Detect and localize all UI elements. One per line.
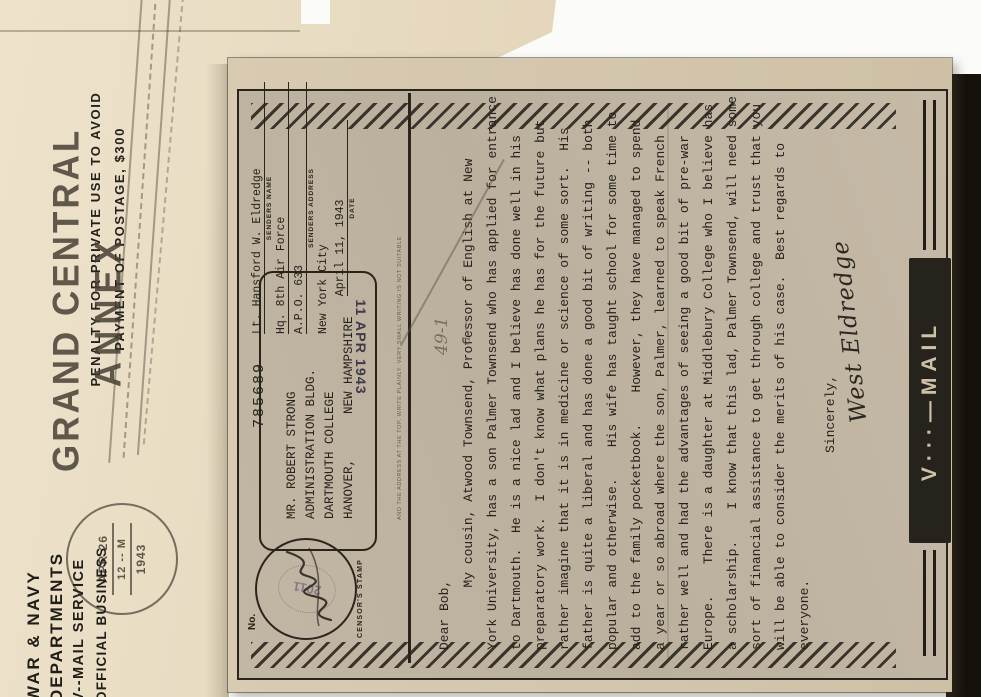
body-line: preparatory work. I don't know what plan… bbox=[529, 96, 553, 650]
datestamp-bar bbox=[112, 523, 114, 595]
corner-card-line: WAR & NAVY bbox=[22, 447, 45, 697]
sender-name-label: SENDERS NAME bbox=[266, 82, 273, 334]
vmail-logo-text: V···—MAIL bbox=[918, 320, 942, 481]
sender-address-line3: New York City bbox=[317, 82, 330, 334]
letter-closing: Sincerely, bbox=[823, 375, 838, 453]
postmark-office-name: GRAND CENTRAL ANNEX bbox=[46, 150, 157, 472]
scanned-vmail-document: PENALTY FOR PRIVATE USE TO AVOID PAYMENT… bbox=[0, 0, 981, 697]
body-line: father is quite a liberal and has done a… bbox=[577, 96, 601, 650]
sender-address-line2: A.P.O. 633 bbox=[293, 82, 307, 334]
sender-address-label: SENDERS ADDRESS bbox=[308, 82, 315, 334]
body-line: popular and otherwise. His wife has taug… bbox=[601, 96, 625, 650]
envelope-crease bbox=[0, 30, 300, 32]
body-line: everyone. bbox=[793, 96, 817, 650]
vmail-logo-box: V···—MAIL bbox=[909, 258, 951, 543]
corner-card-line: DEPARTMENTS bbox=[45, 447, 68, 697]
body-line: a scholarship. I know that this lad, Pal… bbox=[721, 96, 745, 650]
body-line: sort of financial assistance to get thro… bbox=[745, 96, 769, 650]
censor-stamp-circle: 2011 bbox=[255, 538, 357, 640]
form-instruction-text: AND THE ADDRESS AT THE TOP. WRITE PLAINL… bbox=[397, 118, 403, 638]
recipient-address: MR. ROBERT STRONGADMINISTRATION BLDG.DAR… bbox=[283, 316, 359, 519]
body-line: a year or so abroad where the son, Palme… bbox=[649, 96, 673, 650]
letter-body: Dear Bob, My cousin, Atwood Townsend, Pr… bbox=[433, 96, 817, 650]
datestamp-time: 12 -- M bbox=[116, 505, 128, 613]
datestamp-month-day: APR 26 bbox=[96, 505, 110, 613]
sender-block: Lt. Hansford W. Eldredge SENDERS NAME Hq… bbox=[251, 82, 358, 334]
date-label: DATE bbox=[349, 82, 356, 334]
vmail-form: No. 785689 2011 CENSOR'S STAMP MR. ROBER… bbox=[237, 89, 948, 680]
body-line: Dear Bob, bbox=[433, 96, 457, 650]
body-line: rather imagine that it is in medicine or… bbox=[553, 96, 577, 650]
datestamp-bar bbox=[130, 523, 132, 595]
address-line: ADMINISTRATION BLDG. bbox=[302, 316, 321, 519]
letter-date: April 11, 1943 bbox=[334, 120, 348, 296]
sender-address-line1: Hq. 8th Air Force bbox=[275, 82, 289, 334]
body-line: Europe. There is a daughter at Middlebur… bbox=[697, 96, 721, 650]
vmail-letter-sheet: No. 785689 2011 CENSOR'S STAMP MR. ROBER… bbox=[228, 58, 952, 692]
postmark-office-line-2: ANNEX bbox=[88, 150, 130, 472]
address-line: DARTMOUTH COLLEGE bbox=[321, 316, 340, 519]
datestamp-year: 1943 bbox=[134, 505, 148, 613]
footer-rule bbox=[933, 550, 936, 656]
circular-datestamp: APR 26 12 -- M 1943 bbox=[66, 503, 178, 615]
sender-name: Lt. Hansford W. Eldredge bbox=[251, 82, 265, 334]
body-line: to Dartmouth. He is a nice lad and I bel… bbox=[505, 96, 529, 650]
footer-rule bbox=[923, 550, 926, 656]
datestamp-text: APR 26 12 -- M 1943 bbox=[96, 505, 148, 613]
body-line: will be able to consider the merits of h… bbox=[769, 96, 793, 650]
footer-rule bbox=[923, 100, 926, 250]
pencil-note-line2: a — bbox=[456, 215, 474, 345]
envelope-edge-shadow bbox=[206, 64, 230, 697]
body-line: rather well and had the advantages of se… bbox=[673, 96, 697, 650]
postmark-office-line-1: GRAND CENTRAL bbox=[46, 150, 88, 472]
sheet-crease bbox=[667, 103, 669, 663]
body-line: add to the family pocketbook. However, t… bbox=[625, 96, 649, 650]
body-line: My cousin, Atwood Townsend, Professor of… bbox=[457, 96, 481, 650]
censor-stamp-label: CENSOR'S STAMP bbox=[357, 559, 364, 638]
footer-rule bbox=[933, 100, 936, 250]
header-divider-rule bbox=[408, 93, 411, 663]
address-line: MR. ROBERT STRONG bbox=[283, 316, 302, 519]
